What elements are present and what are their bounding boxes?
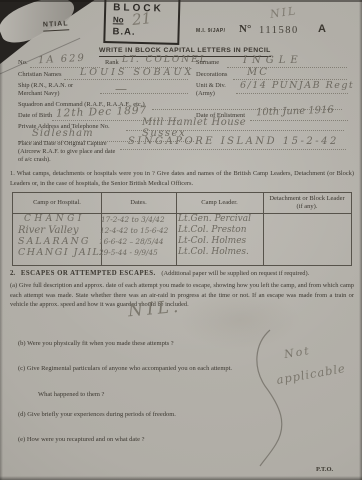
table-row-dates: 29-5-44 - 9/9/45 bbox=[99, 248, 158, 257]
section2-number: 2. bbox=[10, 270, 15, 277]
field-decorations-value: MC bbox=[247, 67, 269, 78]
serial-number: 111580 bbox=[259, 24, 299, 37]
table-header-camp: Camp or Hospital. bbox=[13, 193, 101, 213]
question-2c-sub-text: What happened to them ? bbox=[38, 391, 104, 399]
field-enlistment-line bbox=[250, 119, 348, 121]
field-rank-value: LT. COLONEL bbox=[122, 55, 208, 65]
section2-note: (Additional paper will be supplied on re… bbox=[161, 270, 309, 277]
field-address-value-line1: Mill Hamlet House bbox=[142, 117, 246, 128]
field-address-value-line2a: Sidlesham bbox=[32, 128, 94, 139]
question-2c-text: (c) Give Regimental particulars of anyon… bbox=[18, 365, 232, 373]
table-row-dates: 16-6-42 – 28/5/44 bbox=[99, 237, 164, 246]
field-christian-names-value: LOUIS SOBAUX bbox=[80, 67, 194, 78]
form-reference: M.I. 9/JAP/ bbox=[196, 28, 225, 34]
table-row-leader: Lt.Gen. Percival bbox=[178, 214, 251, 224]
table-row-leader: Lt-Col. Holmes bbox=[178, 236, 246, 246]
table-row-camp: SALARANG bbox=[18, 236, 90, 247]
question-2d-text: (d) Give briefly your experiences during… bbox=[18, 411, 176, 419]
confidential-fragment: NTIAL bbox=[43, 20, 69, 31]
section2-title: ESCAPES OR ATTEMPTED ESCAPES. bbox=[21, 270, 156, 277]
series-letter: A bbox=[318, 23, 326, 37]
field-capture-value: SINGAPORE ISLAND 15-2-42 bbox=[128, 136, 339, 147]
field-unit-line bbox=[236, 92, 348, 94]
field-no-label: No. bbox=[18, 59, 28, 67]
field-ship-line bbox=[100, 92, 188, 94]
table-row-leader: Lt.Col. Preston bbox=[178, 225, 247, 235]
table-row-camp: CHANGI JAIL bbox=[18, 247, 100, 258]
field-ship-label: Ship (R.N., R.A.N. or Merchant Navy) bbox=[18, 82, 98, 98]
table-header-dates: Dates. bbox=[101, 193, 176, 213]
scanned-pow-form: { "stamp": { "word": "BLOCK", "no_label"… bbox=[0, 0, 362, 480]
field-christian-names-label: Christian Names bbox=[18, 71, 62, 79]
table-row-camp: River Valley bbox=[18, 225, 78, 236]
section2-heading: 2. ESCAPES OR ATTEMPTED ESCAPES. (Additi… bbox=[10, 270, 354, 278]
table-row-leader: Lt.Col. Holmes. bbox=[178, 247, 249, 257]
field-christian-names-line bbox=[64, 78, 188, 80]
table-header-detachment: Detachment or Block Leader (if any). bbox=[263, 193, 351, 213]
table-row-dates: 12-4-42 to 15-6-42 bbox=[100, 226, 168, 235]
question-2e-text: (e) How were you recaptured and on what … bbox=[18, 436, 145, 444]
field-unit-label: Unit & Div. (Army) bbox=[196, 82, 238, 98]
table-row-dates: 17-2-42 to 3/4/42 bbox=[101, 215, 165, 224]
field-unit-value: 6/14 PUNJAB Regt bbox=[240, 80, 354, 91]
question-2b-text: (b) Were you physically fit when you mad… bbox=[18, 340, 174, 348]
field-decorations-label: Decorations bbox=[196, 71, 227, 79]
field-surname-value: INGLE bbox=[243, 55, 303, 66]
block-number-pencil: 21 bbox=[131, 9, 152, 29]
field-rank-label: Rank bbox=[105, 59, 119, 67]
field-capture-label: Place and Date of Original Capture (Airc… bbox=[18, 140, 120, 164]
question-1-text: 1. What camps, detachments or hospitals … bbox=[10, 169, 354, 188]
serial-prefix: N° bbox=[239, 23, 251, 37]
table-row-camp: CHANGI bbox=[24, 214, 85, 224]
field-surname-line bbox=[227, 66, 347, 68]
field-surname-label: Surname bbox=[196, 59, 219, 67]
field-dob-label: Date of Birth bbox=[18, 112, 52, 120]
block-stamp-no-label: No bbox=[113, 15, 124, 24]
pto-label: P.T.O. bbox=[316, 466, 333, 474]
field-capture-line bbox=[120, 148, 346, 150]
table-header-leader: Camp Leader. bbox=[176, 193, 263, 213]
